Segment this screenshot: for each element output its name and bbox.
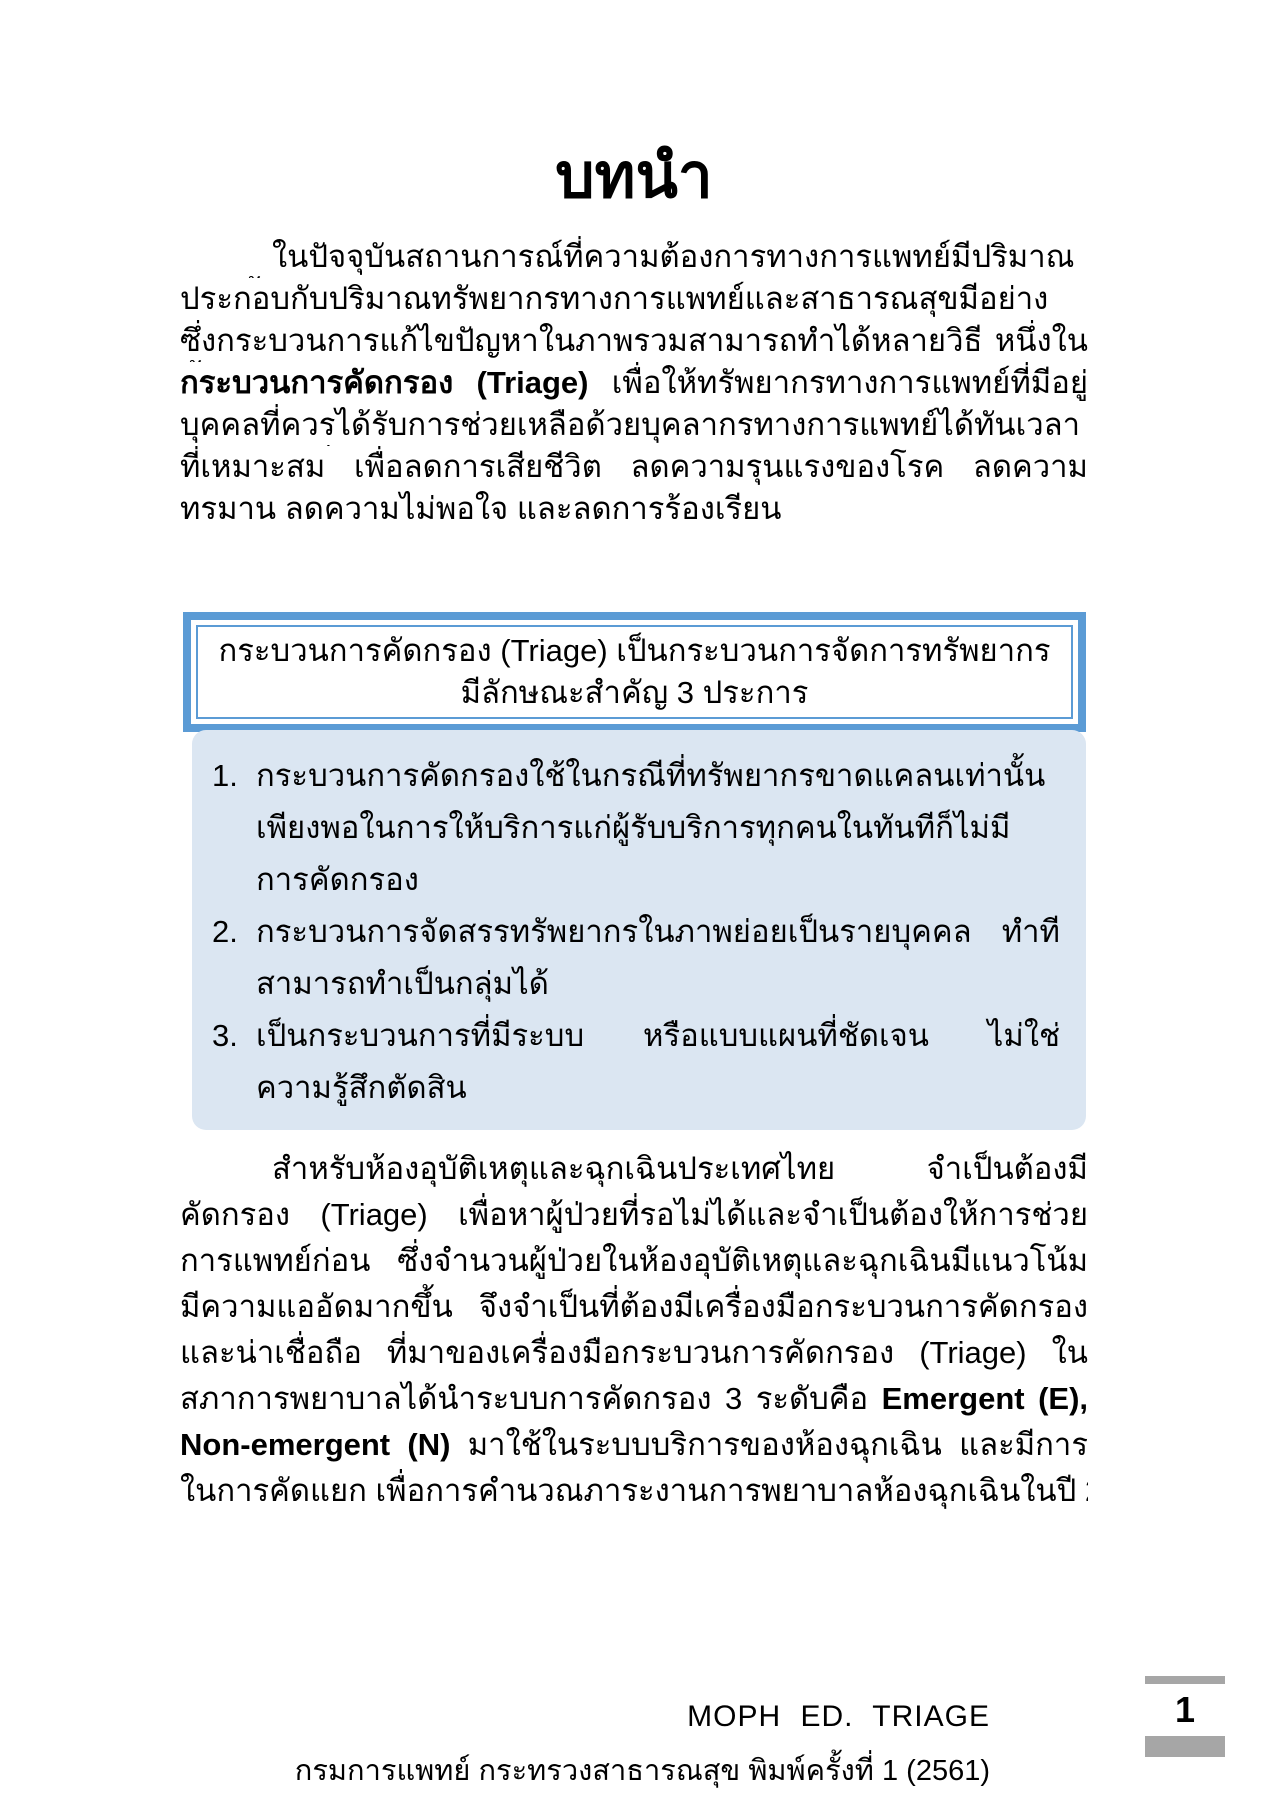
key-point-item: 1. กระบวนการคัดกรองใช้ในกรณีที่ทรัพยากรข… <box>212 750 1060 906</box>
highlight-box-line: กระบวนการคัดกรอง (Triage) เป็นกระบวนการจ… <box>206 630 1063 672</box>
key-points-box: 1. กระบวนการคัดกรองใช้ในกรณีที่ทรัพยากรข… <box>192 730 1086 1130</box>
page-number-top-bar <box>1145 1676 1225 1684</box>
paragraph-line: ประกอบกับปริมาณทรัพยากรทางการแพทย์และสาธ… <box>180 278 1088 320</box>
page-title: บทนำ <box>180 134 1088 220</box>
key-point-item: 2. กระบวนการจัดสรรทรัพยากรในภาพย่อยเป็นร… <box>212 906 1060 1010</box>
document-page: บทนำ ในปัจจุบันสถานการณ์ที่ความต้องการทา… <box>0 0 1268 1800</box>
paragraph-line: การแพทย์ก่อน ซึ่งจำนวนผู้ป่วยในห้องอุบัต… <box>180 1238 1088 1284</box>
key-point-number: 3. <box>212 1010 256 1062</box>
page-number: 1 <box>1145 1684 1225 1736</box>
paragraph-line-mixed: กระบวนการคัดกรอง (Triage) เพื่อให้ทรัพยา… <box>180 362 1088 404</box>
paragraph-line: ที่เหมาะสม เพื่อลดการเสียชีวิต ลดความรุน… <box>180 446 1088 488</box>
key-point-item: 3. เป็นกระบวนการที่มีระบบ หรือแบบแผนที่ช… <box>212 1010 1060 1114</box>
key-point-line: ความรู้สึกตัดสิน <box>256 1062 1060 1114</box>
key-point-line: กระบวนการจัดสรรทรัพยากรในภาพย่อยเป็นรายบ… <box>256 906 1060 958</box>
paragraph-line: ทรมาน ลดความไม่พอใจ และลดการร้องเรียน <box>180 488 1088 530</box>
closing-paragraph: สำหรับห้องอุบัติเหตุและฉุกเฉินประเทศไทย … <box>180 1146 1088 1514</box>
paragraph-line: ในปัจจุบันสถานการณ์ที่ความต้องการทางการแ… <box>180 236 1088 278</box>
page-number-bottom-bar <box>1145 1736 1225 1757</box>
highlight-box-inner: กระบวนการคัดกรอง (Triage) เป็นกระบวนการจ… <box>196 625 1073 719</box>
key-point-line: การคัดกรอง <box>256 854 1060 906</box>
key-point-text: เป็นกระบวนการที่มีระบบ หรือแบบแผนที่ชัดเ… <box>256 1010 1060 1114</box>
triage-levels-bold: Non-emergent (N) <box>180 1427 450 1462</box>
key-point-line: กระบวนการคัดกรองใช้ในกรณีที่ทรัพยากรขาดแ… <box>256 750 1060 802</box>
paragraph-line: มีความแออัดมากขึ้น จึงจำเป็นที่ต้องมีเคร… <box>180 1284 1088 1330</box>
key-point-number: 2. <box>212 906 256 958</box>
footer-brand: MOPH ED. TRIAGE <box>687 1700 990 1734</box>
key-point-line: เพียงพอในการให้บริการแก่ผู้รับบริการทุกค… <box>256 802 1060 854</box>
footer-imprint: กรมการแพทย์ กระทรวงสาธารณสุข พิมพ์ครั้งท… <box>295 1747 990 1793</box>
paragraph-line-mixed: Non-emergent (N) มาใช้ในระบบบริการของห้อ… <box>180 1422 1088 1468</box>
key-point-line: สามารถทำเป็นกลุ่มได้ <box>256 958 1060 1010</box>
triage-term-bold: กระบวนการคัดกรอง (Triage) <box>180 365 588 400</box>
intro-paragraph: ในปัจจุบันสถานการณ์ที่ความต้องการทางการแ… <box>180 236 1088 530</box>
paragraph-line: และน่าเชื่อถือ ที่มาของเครื่องมือกระบวนก… <box>180 1330 1088 1376</box>
key-point-text: กระบวนการจัดสรรทรัพยากรในภาพย่อยเป็นรายบ… <box>256 906 1060 1010</box>
paragraph-line-text: สภาการพยาบาลได้นำระบบการคัดกรอง 3 ระดับค… <box>180 1381 882 1416</box>
paragraph-line: ในการคัดแยก เพื่อการคำนวณภาระงานการพยาบา… <box>180 1468 1088 1514</box>
page-number-block: 1 <box>1145 1676 1225 1757</box>
paragraph-line: สำหรับห้องอุบัติเหตุและฉุกเฉินประเทศไทย … <box>180 1146 1088 1192</box>
highlight-box: กระบวนการคัดกรอง (Triage) เป็นกระบวนการจ… <box>183 612 1086 732</box>
key-point-number: 1. <box>212 750 256 802</box>
key-point-text: กระบวนการคัดกรองใช้ในกรณีที่ทรัพยากรขาดแ… <box>256 750 1060 906</box>
paragraph-line-mixed: สภาการพยาบาลได้นำระบบการคัดกรอง 3 ระดับค… <box>180 1376 1088 1422</box>
paragraph-line: คัดกรอง (Triage) เพื่อหาผู้ป่วยที่รอไม่ไ… <box>180 1192 1088 1238</box>
paragraph-line: บุคคลที่ควรได้รับการช่วยเหลือด้วยบุคลากร… <box>180 404 1088 446</box>
paragraph-line: ซึ่งกระบวนการแก้ไขปัญหาในภาพรวมสามารถทำไ… <box>180 320 1088 362</box>
highlight-box-line: มีลักษณะสำคัญ 3 ประการ <box>206 672 1063 714</box>
key-point-line: เป็นกระบวนการที่มีระบบ หรือแบบแผนที่ชัดเ… <box>256 1010 1060 1062</box>
